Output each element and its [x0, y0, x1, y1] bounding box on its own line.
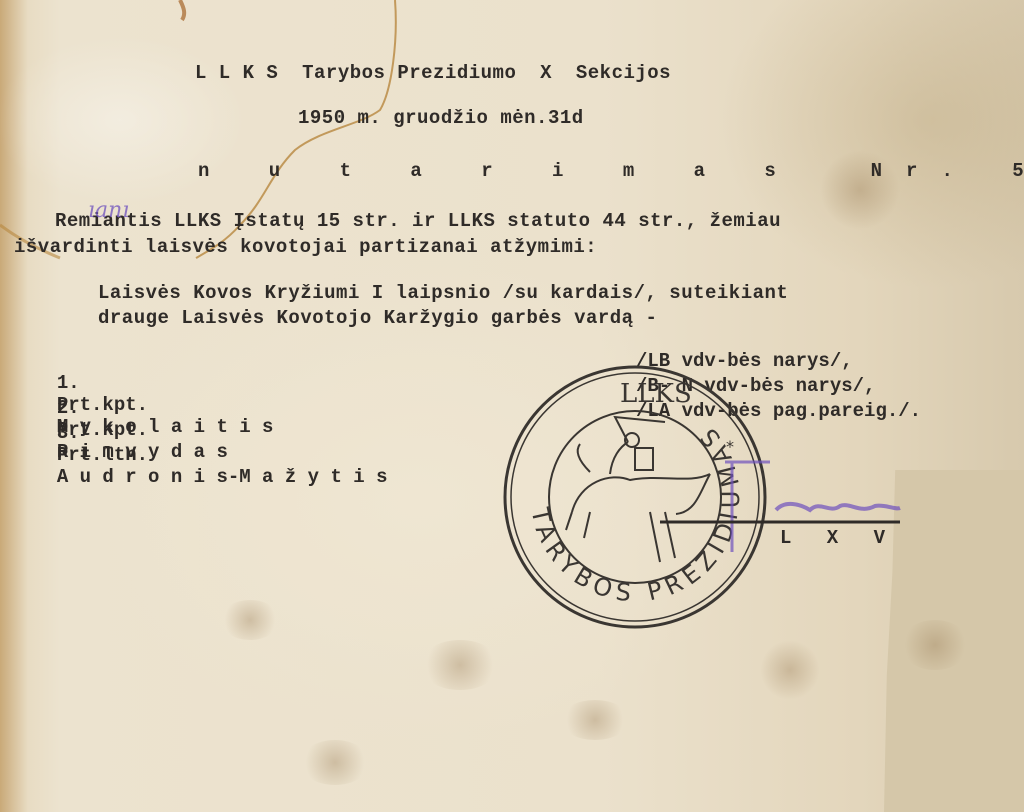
stain — [560, 700, 630, 740]
award-line-1: Laisvės Kovos Kryžiumi I laipsnio /su ka… — [98, 282, 788, 304]
recipient-3: 3. Prt.ltn. A u d r o n i s-M a ž y t i … — [34, 400, 387, 488]
recipient-name: A u d r o n i s-M a ž y t i s — [57, 466, 388, 488]
stain — [900, 620, 970, 670]
svg-text:*: * — [726, 437, 734, 456]
recipient-rank: Prt.ltn. — [57, 444, 148, 466]
stain — [760, 640, 820, 700]
award-line-2: drauge Laisvės Kovotojo Karžygio garbės … — [98, 307, 657, 329]
paragraph-1-line-2: išvardinti laisvės kovotojai partizanai … — [14, 236, 597, 258]
header-line-2: 1950 m. gruodžio mėn.31d — [298, 107, 584, 129]
signature-code: L X V — [780, 527, 897, 549]
stamp-top-text: LLKS — [620, 379, 692, 409]
resolution-title: n u t a r i m a s Nr. 5. — [198, 160, 1024, 182]
header-line-1: L L K S Tarybos Prezidiumo X Sekcijos — [195, 62, 671, 84]
paragraph-1-line-1: Remiantis LLKS Įstatų 15 str. ir LLKS st… — [55, 210, 781, 232]
stain — [420, 640, 500, 690]
stain — [300, 740, 370, 785]
purple-ink-correction: ıanı — [88, 198, 129, 223]
recipient-number: 3. — [57, 422, 80, 444]
stain — [220, 600, 280, 640]
